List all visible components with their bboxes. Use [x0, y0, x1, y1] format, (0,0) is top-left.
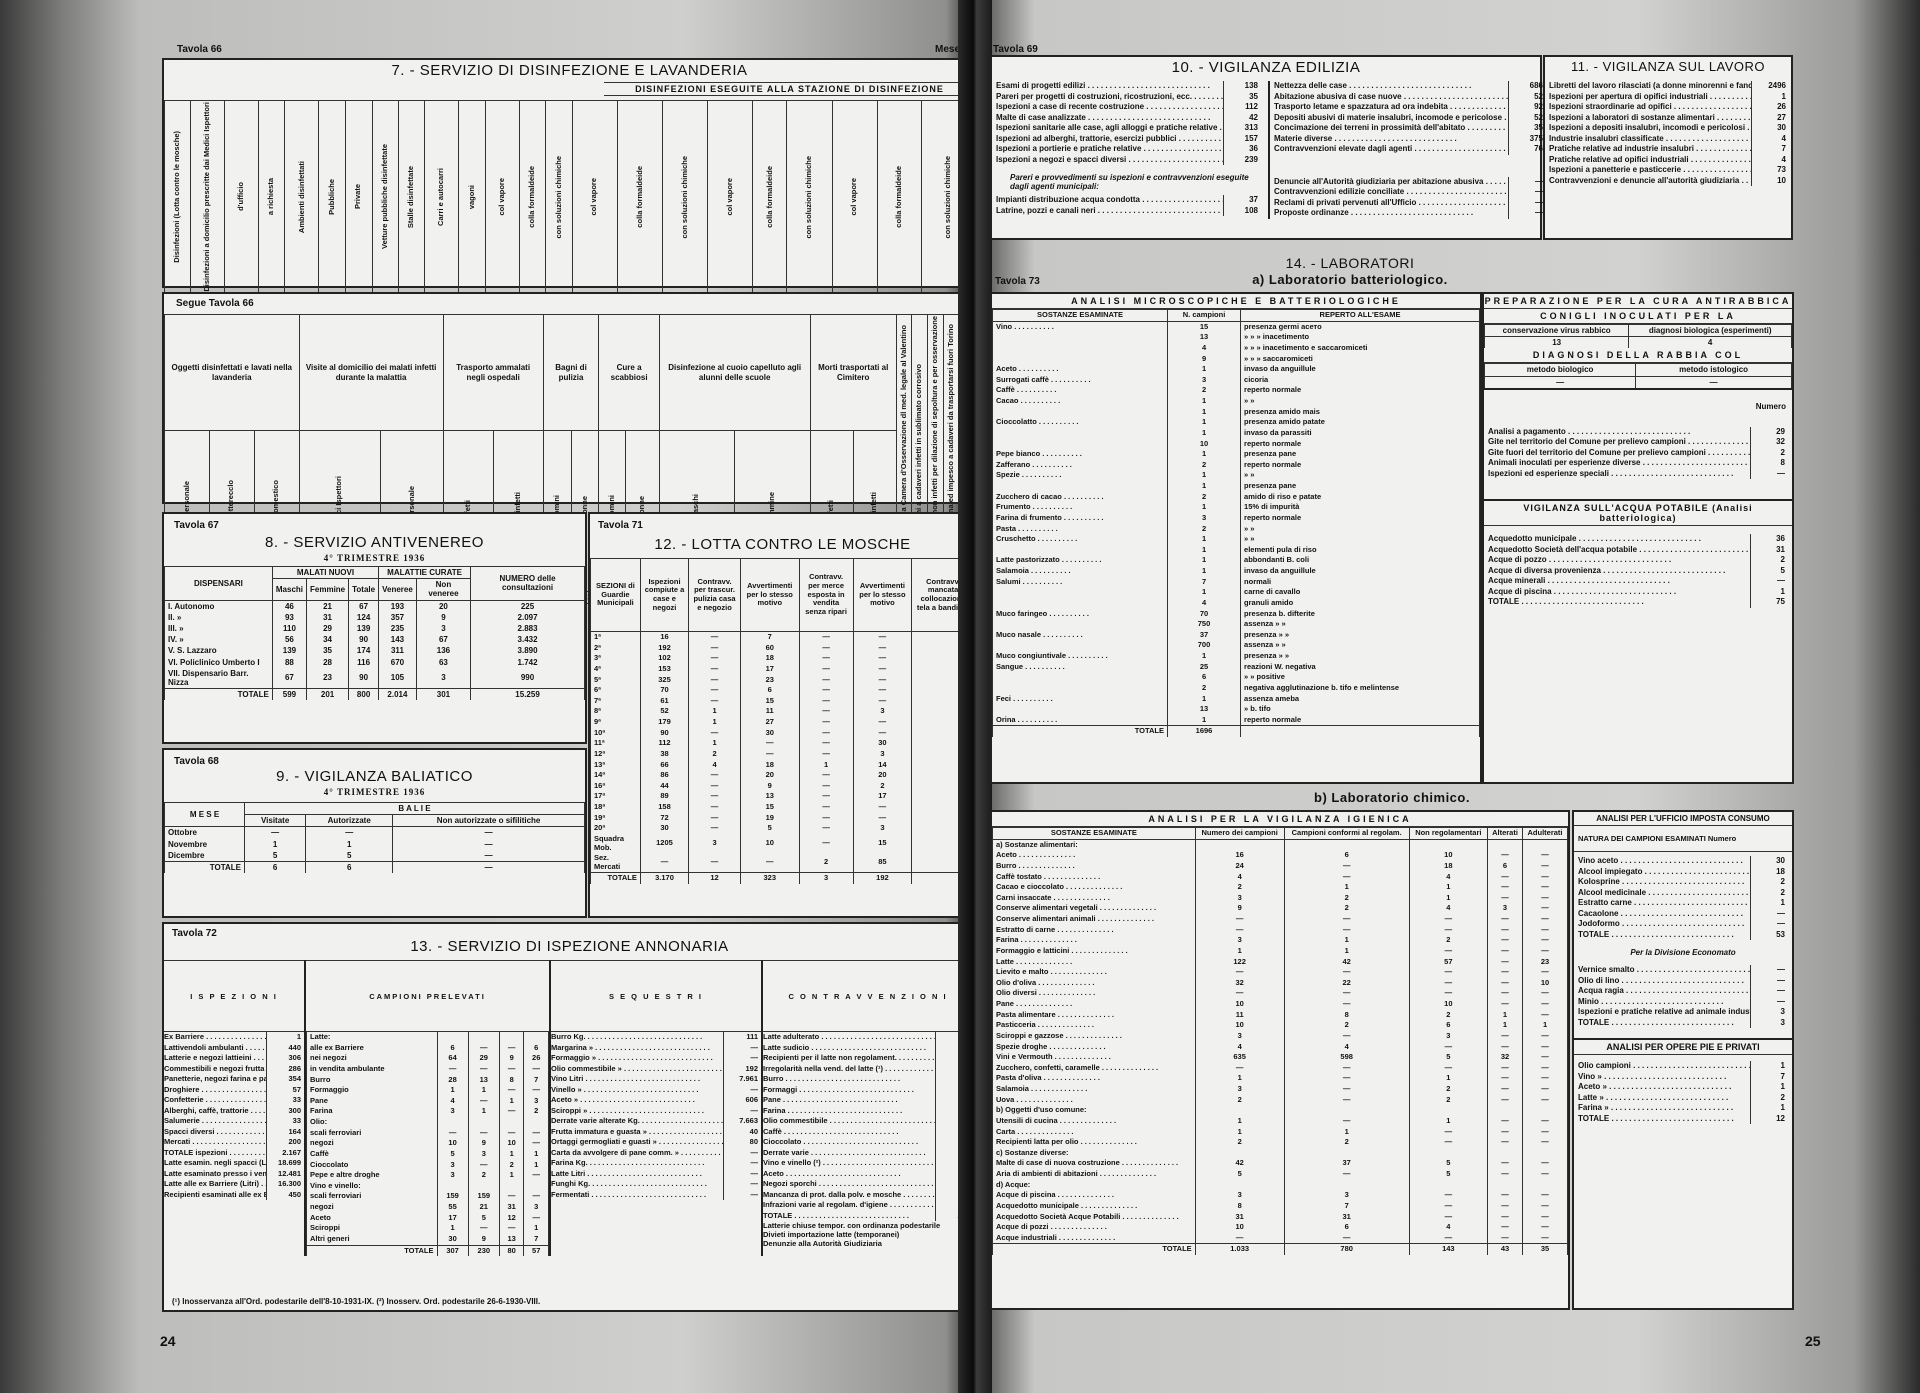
- value: 143: [379, 634, 417, 645]
- value: [1487, 1105, 1522, 1116]
- value: —: [1523, 903, 1568, 914]
- row-value: 1: [1750, 587, 1788, 598]
- row-label: Infrazioni varie al regolam. d'igiene . …: [763, 1200, 935, 1211]
- section-name: 11ª: [591, 738, 641, 749]
- value: [468, 1032, 499, 1043]
- table-row: Acque di pozzi . . . . . . . . . . . . .…: [993, 1222, 1568, 1233]
- row-value: 108: [1223, 206, 1261, 217]
- value: —: [1523, 1158, 1568, 1169]
- total-label: TOTALE: [993, 726, 1168, 737]
- row-label: TOTALE . . . . . . . . . . . . . . . . .…: [1578, 930, 1750, 941]
- value: 3: [1195, 1190, 1284, 1201]
- n-campioni: 2: [1168, 524, 1241, 535]
- col-header: metodo biologico: [1485, 364, 1636, 376]
- table-row: 13» b. tifo: [993, 704, 1480, 715]
- table-row: in vendita ambulante————: [307, 1064, 549, 1075]
- sostanza: a) Sostanze alimentari:: [993, 839, 1196, 850]
- row-value: —: [1508, 187, 1546, 198]
- section-name: 13ª: [591, 760, 641, 771]
- value: 1: [1487, 1010, 1522, 1021]
- value: 1: [1409, 882, 1487, 893]
- table-row: Burro281387: [307, 1075, 549, 1086]
- value: 102: [640, 653, 688, 664]
- row-value: 1: [266, 1032, 304, 1043]
- row-value: 4: [1751, 134, 1789, 145]
- value: —: [1284, 861, 1409, 872]
- row-label: Minio . . . . . . . . . . . . . . . . . …: [1578, 997, 1750, 1008]
- value: 2: [1284, 893, 1409, 904]
- col-label: vagoni: [468, 185, 477, 209]
- row-label: Carta da avvolgere di pane comm. » . . .…: [551, 1148, 723, 1159]
- value: 86: [640, 770, 688, 781]
- value: —: [1284, 1233, 1409, 1244]
- col-label: con soluzioni chimiche: [805, 156, 814, 239]
- n-campioni: 1: [1168, 449, 1241, 460]
- value: 34: [307, 634, 349, 645]
- table-7-title: 7. - SERVIZIO DI DISINFEZIONE E LAVANDER…: [164, 62, 975, 79]
- row-label: Caffè . . . . . . . . . . . . . . . . . …: [763, 1127, 935, 1138]
- row-label: Burro Kg. . . . . . . . . . . . . . . . …: [551, 1032, 723, 1043]
- value: 15: [740, 696, 799, 707]
- row-label: Ispezioni a case di recente costruzione …: [996, 102, 1223, 113]
- row-label: Mancanza di prot. dalla polv. e mosche .…: [763, 1190, 935, 1201]
- value: 1: [1409, 1073, 1487, 1084]
- table-row: 12ª382——3: [591, 749, 975, 760]
- sostanza: Acquedotto Società Acque Potabili . . . …: [993, 1212, 1196, 1223]
- row-label: Vernice smalto . . . . . . . . . . . . .…: [1578, 965, 1750, 976]
- row-value: —: [1750, 576, 1788, 587]
- row-label: Latrine, pozzi e canali neri . . . . . .…: [996, 206, 1223, 217]
- value: —: [1284, 1169, 1409, 1180]
- sostanza: [993, 481, 1168, 492]
- value: —: [799, 643, 853, 654]
- value: 5: [245, 850, 306, 862]
- division-item: Vernice smalto . . . . . . . . . . . . .…: [1578, 965, 1788, 976]
- table-row: c) Sostanze diverse:: [993, 1148, 1568, 1159]
- total-value: 12: [689, 873, 741, 884]
- reperto: » »: [1241, 396, 1480, 407]
- row-label: Aceto » . . . . . . . . . . . . . . . . …: [1578, 1082, 1750, 1093]
- table-row: Squadra Mob.1205310—15: [591, 834, 975, 853]
- value: 2: [468, 1170, 499, 1181]
- row-value: 2: [1750, 555, 1788, 566]
- value: —: [1523, 988, 1568, 999]
- value: 5: [306, 850, 393, 862]
- row-value: —: [1750, 997, 1788, 1008]
- table-9-subtitle: 4° TRIMESTRE 1936: [164, 787, 585, 797]
- section-name: 9ª: [591, 717, 641, 728]
- value: 6: [1487, 861, 1522, 872]
- table-row: Aceto17512—: [307, 1213, 549, 1224]
- value: —: [1409, 1137, 1487, 1148]
- row-value: 354: [266, 1074, 304, 1085]
- n-campioni: 1: [1168, 502, 1241, 513]
- value: [437, 1032, 468, 1043]
- row-label: Frutta immatura e guasta » . . . . . . .…: [551, 1127, 723, 1138]
- ispezione-item: Confetterie . . . . . . . . . . . . . . …: [164, 1095, 304, 1106]
- value: 105: [379, 668, 417, 689]
- value: 1: [1284, 1127, 1409, 1138]
- row-value: 2.167: [266, 1148, 304, 1159]
- row-value: 1: [1750, 898, 1788, 909]
- row-label: Gite fuori del territorio del Comune per…: [1488, 448, 1750, 459]
- value: 4: [689, 760, 741, 771]
- row-label: Droghiere . . . . . . . . . . . . . . . …: [164, 1085, 266, 1096]
- reperto: reazioni W. negativa: [1241, 662, 1480, 673]
- n-campioni: 13: [1168, 332, 1241, 343]
- total-label: TOTALE: [165, 861, 245, 873]
- value: 3: [437, 1106, 468, 1117]
- row-label: TOTALE . . . . . . . . . . . . . . . . .…: [1578, 1018, 1750, 1029]
- lavoro-item: Ispezioni a laboratori di sostanze alime…: [1549, 113, 1789, 124]
- row-label: Latte esaminato presso i venditori amb. …: [164, 1169, 266, 1180]
- total-value: —: [393, 861, 585, 873]
- total-value: 3: [799, 873, 853, 884]
- value: 1: [1195, 946, 1284, 957]
- row-value: 12.481: [266, 1169, 304, 1180]
- row-value: 36: [1223, 144, 1261, 155]
- sub-header: Maschi: [272, 579, 306, 600]
- col-header: REPERTO ALL'ESAME: [1241, 310, 1480, 322]
- campione-name: nei negozi: [307, 1053, 438, 1064]
- row-label: Derrate varie . . . . . . . . . . . . . …: [763, 1148, 935, 1159]
- row-value: 27: [1751, 113, 1789, 124]
- table-13-title: 13. - SERVIZIO DI ISPEZIONE ANNONARIA: [164, 938, 975, 955]
- value: 6: [524, 1043, 549, 1054]
- row-value: 8: [1750, 458, 1788, 469]
- sostanza: Zafferano . . . . . . . . . .: [993, 460, 1168, 471]
- campione-name: scali ferroviari: [307, 1128, 438, 1139]
- row-label: Aceto . . . . . . . . . . . . . . . . . …: [763, 1169, 935, 1180]
- value: 3: [1409, 1031, 1487, 1042]
- acqua-item: Acquedotto Società dell'acqua potabile .…: [1488, 545, 1788, 556]
- opere-pie-item: Latte » . . . . . . . . . . . . . . . . …: [1578, 1093, 1788, 1104]
- micro-head: SOSTANZE ESAMINATEN. campioniREPERTO ALL…: [993, 310, 1480, 322]
- opere-pie-item: Farina » . . . . . . . . . . . . . . . .…: [1578, 1103, 1788, 1114]
- value: 13: [1485, 337, 1629, 349]
- value: [1284, 1180, 1409, 1191]
- tavola-68-label: Tavola 68: [174, 756, 219, 767]
- value: 2: [1195, 882, 1284, 893]
- reperto: reperto normale: [1241, 439, 1480, 450]
- table-row: 8ª52111—3: [591, 706, 975, 717]
- row-value: 3: [1750, 1018, 1788, 1029]
- table-row: Latte . . . . . . . . . . . . . .1224257…: [993, 957, 1568, 968]
- value: 20: [740, 770, 799, 781]
- value: 57: [1409, 957, 1487, 968]
- n-campioni: 3: [1168, 513, 1241, 524]
- sostanza: Pasta alimentare . . . . . . . . . . . .…: [993, 1010, 1196, 1021]
- value: 3: [1195, 893, 1284, 904]
- reperto: presenza amido patate: [1241, 417, 1480, 428]
- row-label: Vino » . . . . . . . . . . . . . . . . .…: [1578, 1072, 1750, 1083]
- total-label: TOTALE: [591, 873, 641, 884]
- row-value: —: [1508, 198, 1546, 209]
- lavoro-item: Ispezioni straordinarie ad opifici . . .…: [1549, 102, 1789, 113]
- value: [1523, 1105, 1568, 1116]
- reperto: negativa agglutinazione b. tifo e melint…: [1241, 683, 1480, 694]
- row-label: Latte sudicio . . . . . . . . . . . . . …: [763, 1043, 935, 1054]
- value: 179: [640, 717, 688, 728]
- table-row: 20ª30—5—3: [591, 823, 975, 834]
- table-12-mosche: Tavola 71 12. - LOTTA CONTRO LE MOSCHE S…: [588, 512, 977, 918]
- col-label: Disinfezioni a domicilio prescritte dai …: [203, 102, 212, 292]
- value: —: [1523, 925, 1568, 936]
- table-row: Vino . . . . . . . . . .15presenza germi…: [993, 321, 1480, 332]
- row-label: Alberghi, caffè, trattorie . . . . . . .…: [164, 1106, 266, 1117]
- table-row: Pane4—13: [307, 1096, 549, 1107]
- table-row: b) Oggetti d'uso comune:: [993, 1105, 1568, 1116]
- t7-col-header: Ambienti disinfettati: [285, 101, 319, 296]
- opere-pie-title: ANALISI PER OPERE PIE E PRIVATI: [1574, 1038, 1792, 1055]
- value: —: [499, 1085, 524, 1096]
- ispezione-item: Commestibili e negozi frutta e verdura .…: [164, 1064, 304, 1075]
- value: 93: [272, 612, 306, 623]
- value: —: [1523, 882, 1568, 893]
- table-row: d) Acque:: [993, 1180, 1568, 1191]
- sostanza: Uova . . . . . . . . . . . . . .: [993, 1095, 1196, 1106]
- value: —: [1523, 1201, 1568, 1212]
- row-label: Ispezioni a laboratori di sostanze alime…: [1549, 113, 1751, 124]
- value: —: [853, 728, 912, 739]
- table-9-body: M E S EB A L I EVisitateAutorizzateNon a…: [164, 802, 585, 873]
- sostanza: Muco nasale . . . . . . . . . .: [993, 630, 1168, 641]
- acqua-list: Acquedotto municipale . . . . . . . . . …: [1484, 526, 1792, 616]
- table-row: 9ª179127——: [591, 717, 975, 728]
- value: 2: [1284, 1137, 1409, 1148]
- value: 1: [1523, 1020, 1568, 1031]
- acqua-item: Acque di piscina . . . . . . . . . . . .…: [1488, 587, 1788, 598]
- row-label: Ex Barriere . . . . . . . . . . . . . . …: [164, 1032, 266, 1043]
- diagnosi-header: DIAGNOSI DELLA RABBIA COL: [1484, 348, 1792, 363]
- value: —: [1195, 1063, 1284, 1074]
- value: 6: [437, 1043, 468, 1054]
- campione-name: alle ex Barriere: [307, 1043, 438, 1054]
- value: —: [1523, 1233, 1568, 1244]
- value: 30: [640, 823, 688, 834]
- reperto: » » » saccaromiceti: [1241, 354, 1480, 365]
- row-value: 306: [266, 1053, 304, 1064]
- col-header: Alterati: [1487, 828, 1522, 840]
- n-campioni: 25: [1168, 662, 1241, 673]
- value: —: [1195, 914, 1284, 925]
- n-campioni: 2: [1168, 492, 1241, 503]
- table-row: Zucchero, confetti, caramelle . . . . . …: [993, 1063, 1568, 1074]
- sostanza: Sciroppi e gazzose . . . . . . . . . . .…: [993, 1031, 1196, 1042]
- row-value: 37: [1223, 195, 1261, 206]
- value: 159: [468, 1191, 499, 1202]
- table-row: Pepe e altre droghe321—: [307, 1170, 549, 1181]
- section-name: 6ª: [591, 685, 641, 696]
- value: —: [1523, 1127, 1568, 1138]
- section-name: 2ª: [591, 643, 641, 654]
- varie-item: Analisi a pagamento . . . . . . . . . . …: [1488, 427, 1788, 438]
- page-number-right: 25: [1805, 1333, 1821, 1349]
- table-8-antivenereo: Tavola 67 8. - SERVIZIO ANTIVENEREO 4° T…: [162, 512, 587, 744]
- n-campioni: 1: [1168, 694, 1241, 705]
- row-label: Kolosprine . . . . . . . . . . . . . . .…: [1578, 877, 1750, 888]
- row-value: 57: [266, 1085, 304, 1096]
- value: 159: [437, 1191, 468, 1202]
- sostanza: Aceto . . . . . . . . . .: [993, 364, 1168, 375]
- n-campioni: 37: [1168, 630, 1241, 641]
- table-11-vigilanza-lavoro: 11. - VIGILANZA SUL LAVORO Libretti del …: [1543, 55, 1793, 240]
- t7-col-header: d'ufficio: [225, 101, 259, 296]
- value: 30: [437, 1234, 468, 1245]
- value: [1195, 1148, 1284, 1159]
- total-value: 80: [499, 1245, 524, 1256]
- campioni-col: CAMPIONI PRELEVATILatte:alle ex Barriere…: [306, 960, 551, 1256]
- value: 55: [437, 1202, 468, 1213]
- value: 3: [416, 668, 470, 689]
- table-row: nei negozi6429926: [307, 1053, 549, 1064]
- table-row: Formaggio11——: [307, 1085, 549, 1096]
- table-row: Zafferano . . . . . . . . . .2reperto no…: [993, 460, 1480, 471]
- t7-col-header: col vapore: [572, 101, 617, 296]
- ispezione-item: Salumerie . . . . . . . . . . . . . . . …: [164, 1116, 304, 1127]
- book-gutter: [958, 0, 992, 1393]
- reperto: » » » inacetimento e saccaromiceti: [1241, 343, 1480, 354]
- value: —: [689, 643, 741, 654]
- acqua-item: Acque di pozzo . . . . . . . . . . . . .…: [1488, 555, 1788, 566]
- numero-header: NUMERO delle consultazioni: [471, 567, 585, 601]
- value: —: [1487, 1031, 1522, 1042]
- contravvenzione-item: Caffè . . . . . . . . . . . . . . . . . …: [763, 1127, 973, 1138]
- table-8-body: DISPENSARIMALATI NUOVIMALATTIE CURATENUM…: [164, 566, 585, 700]
- value: [468, 1117, 499, 1128]
- row-label: Acquedotto Società dell'acqua potabile .…: [1488, 545, 1750, 556]
- table-row: Olio:: [307, 1117, 549, 1128]
- ispezione-item: Ex Barriere . . . . . . . . . . . . . . …: [164, 1032, 304, 1043]
- n-campioni: 7: [1168, 577, 1241, 588]
- table-row: 10reperto normale: [993, 439, 1480, 450]
- sostanza: Salumi . . . . . . . . . .: [993, 577, 1168, 588]
- col-label: Vetture pubbliche disinfettate: [381, 144, 390, 249]
- reperto: elementi pula di riso: [1241, 545, 1480, 556]
- sostanza: Burro . . . . . . . . . . . . . .: [993, 861, 1196, 872]
- value: 1: [468, 1106, 499, 1117]
- col-label: colla formaldeide: [528, 166, 537, 228]
- row-label: Ispezioni per apertura di opifici indust…: [1549, 92, 1751, 103]
- contravvenzione-item: Negozi sporchi . . . . . . . . . . . . .…: [763, 1179, 973, 1190]
- contravvenzione-item: Burro . . . . . . . . . . . . . . . . . …: [763, 1074, 973, 1085]
- value: —: [853, 802, 912, 813]
- row-label: TOTALE . . . . . . . . . . . . . . . . .…: [1488, 597, 1750, 608]
- opere-pie-item: Olio campioni . . . . . . . . . . . . . …: [1578, 1061, 1788, 1072]
- value: 122: [1195, 957, 1284, 968]
- section-name: 1ª: [591, 632, 641, 643]
- reperto: invaso da parassiti: [1241, 428, 1480, 439]
- sequestro-item: Olio commestibile » . . . . . . . . . . …: [551, 1064, 761, 1075]
- value: 635: [1195, 1052, 1284, 1063]
- table-row: Malte di case di nuova costruzione . . .…: [993, 1158, 1568, 1169]
- row-label: Funghi Kg. . . . . . . . . . . . . . . .…: [551, 1179, 723, 1190]
- table-row: Estratto di carne . . . . . . . . . . . …: [993, 925, 1568, 936]
- value: 4: [1284, 1042, 1409, 1053]
- value: —: [1487, 1116, 1522, 1127]
- n-campioni: 1: [1168, 364, 1241, 375]
- mese-header: M E S E: [165, 803, 245, 827]
- value: —: [1409, 1042, 1487, 1053]
- row-label: Latte alle ex Barriere (Litri) . . . . .…: [164, 1179, 266, 1190]
- value: —: [1195, 1233, 1284, 1244]
- value: [1195, 1105, 1284, 1116]
- n-campioni: 6: [1168, 672, 1241, 683]
- t7-col-header: a richiesta: [259, 101, 285, 296]
- value: 13: [499, 1234, 524, 1245]
- row-label: Negozi sporchi . . . . . . . . . . . . .…: [763, 1179, 935, 1190]
- table-row: Uova . . . . . . . . . . . . . .2—2——: [993, 1095, 1568, 1106]
- row-value: 7: [1751, 144, 1789, 155]
- table-row: Sciroppi e gazzose . . . . . . . . . . .…: [993, 1031, 1568, 1042]
- campione-name: Aceto: [307, 1213, 438, 1224]
- row-label: Mercati . . . . . . . . . . . . . . . . …: [164, 1137, 266, 1148]
- value: 90: [349, 668, 379, 689]
- malattie-header: MALATTIE CURATE: [379, 567, 471, 579]
- value: 18: [740, 653, 799, 664]
- value: 311: [379, 645, 417, 656]
- value: 4: [1409, 1222, 1487, 1233]
- table-row: Pasta . . . . . . . . . .2» »: [993, 524, 1480, 535]
- row-value: 286: [266, 1064, 304, 1075]
- sostanza: Utensili di cucina . . . . . . . . . . .…: [993, 1116, 1196, 1127]
- value: —: [437, 1064, 468, 1075]
- n-campioni: 1: [1168, 534, 1241, 545]
- row-name: V. S. Lazzaro: [165, 645, 273, 656]
- col-label: col vapore: [850, 178, 859, 216]
- row-label: Acqua ragia . . . . . . . . . . . . . . …: [1578, 986, 1750, 997]
- value: —: [740, 738, 799, 749]
- row-label: Trasporto letame e spazzatura ad ora ind…: [1274, 102, 1508, 113]
- table-row: Pane . . . . . . . . . . . . . .10—10——: [993, 999, 1568, 1010]
- value: —: [799, 728, 853, 739]
- sostanza: Caffè . . . . . . . . . .: [993, 385, 1168, 396]
- value: —: [1523, 872, 1568, 883]
- value: —: [1487, 1158, 1522, 1169]
- value: 4: [1195, 1042, 1284, 1053]
- total-value: 143: [1409, 1244, 1487, 1255]
- edilizia-item: Esami di progetti edilizi . . . . . . . …: [996, 81, 1261, 92]
- row-label: Alcool medicinale . . . . . . . . . . . …: [1578, 888, 1750, 899]
- value: 1: [689, 717, 741, 728]
- edilizia-item: Trasporto letame e spazzatura ad ora ind…: [1274, 102, 1546, 113]
- value: 225: [471, 600, 585, 612]
- value: 11: [740, 706, 799, 717]
- reperto: presenza amido mais: [1241, 407, 1480, 418]
- value: 15: [740, 802, 799, 813]
- acqua-item: Acque di diversa provenienza . . . . . .…: [1488, 566, 1788, 577]
- row-value: —: [1508, 208, 1546, 219]
- value: 23: [1523, 957, 1568, 968]
- value: 7: [524, 1234, 549, 1245]
- value: —: [1523, 861, 1568, 872]
- value: 21: [468, 1202, 499, 1213]
- table-row: Dicembre55—: [165, 850, 585, 862]
- table-row: Farina . . . . . . . . . . . . . .312——: [993, 935, 1568, 946]
- value: [1409, 1105, 1487, 1116]
- edilizia-item: Malte di case analizzate . . . . . . . .…: [996, 113, 1261, 124]
- row-label: Contravvenzioni edilizie conciliate . . …: [1274, 187, 1508, 198]
- value: 13: [740, 791, 799, 802]
- t7-col-header: con soluzioni chimiche: [663, 101, 708, 296]
- contravvenzione-item: Derrate varie . . . . . . . . . . . . . …: [763, 1148, 973, 1159]
- value: —: [393, 827, 585, 839]
- value: 31: [499, 1202, 524, 1213]
- table-row: 10ª90—30——: [591, 728, 975, 739]
- value: 10: [740, 834, 799, 853]
- row-label: Sciroppi » . . . . . . . . . . . . . . .…: [551, 1106, 723, 1117]
- contravvenzione-item: Infrazioni varie al regolam. d'igiene . …: [763, 1200, 973, 1211]
